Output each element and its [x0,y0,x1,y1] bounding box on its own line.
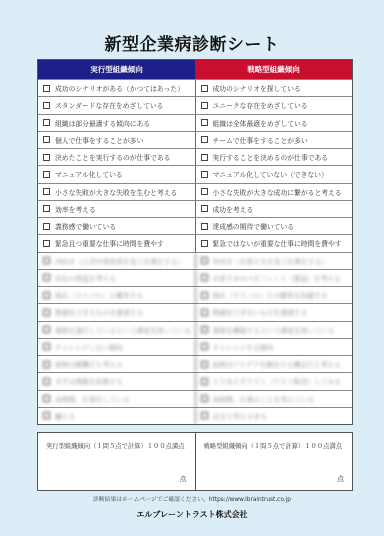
score-unit: 点 [337,474,344,484]
checklist-item-right[interactable]: 達成感の期待で働いている [196,218,353,234]
checkbox-icon[interactable] [201,102,208,109]
checklist-item-left[interactable]: まずは情報を収集する [38,373,196,389]
checklist-item-right[interactable]: チャレンジする傾向 [196,339,353,355]
checklist-item-right[interactable]: マニュアル化していない（できない） [196,166,353,182]
checklist-item-right[interactable]: 実行することを決めるのが仕事である [196,149,353,165]
checkbox-icon[interactable] [43,102,50,109]
checklist-item-label: お客さまのベネフィット（便益）を考える [213,273,342,283]
checkbox-icon[interactable] [43,274,50,281]
score-execution-label: 実行型組織傾向（１問５点で計算）１００点満点 [46,441,185,450]
checklist-item-left[interactable]: 効率を考える [38,201,196,217]
checklist-item-left[interactable]: 数値化できるものを重視する [38,304,196,320]
table-header: 実行型組織傾向 戦略型組織傾向 [38,60,352,79]
checklist-item-left[interactable]: 決めたことを実行するのが仕事である [38,149,196,165]
checkbox-icon[interactable] [201,188,208,195]
checklist-item-right[interactable]: 長時間、仕事のことを考えている [196,391,353,407]
checkbox-icon[interactable] [43,343,50,350]
table-row: 他社（ライバル）と競争する他社（ライバル）との競争を回避する [38,286,352,303]
checklist-item-right[interactable]: 他社（ライバル）との競争を回避する [196,287,353,303]
checklist-item-right[interactable]: 前例はアイデアを創出する機会だと考える [196,356,353,372]
checkbox-icon[interactable] [201,274,208,281]
checklist-item-label: マニュアル化していない（できない） [213,169,328,179]
checklist-item-label: 業務を遂行しているという感覚を持っている [55,325,191,335]
checkbox-icon[interactable] [43,378,50,385]
score-strategy-label: 戦略型組織傾向（１問５点で計算）１００点満点 [204,441,343,450]
checklist-item-left[interactable]: 長時間、仕事をしている [38,391,196,407]
checkbox-icon[interactable] [201,223,208,230]
checkbox-icon[interactable] [201,326,208,333]
checklist-item-right[interactable]: ユニークな存在をめざしている [196,97,353,113]
checkbox-icon[interactable] [43,171,50,178]
table-row: 前例の踏襲だと考える前例はアイデアを創出する機会だと考える [38,355,352,372]
table-row: 長時間、仕事をしている長時間、仕事のことを考えている [38,390,352,407]
checklist-item-label: 成功のシナリオを探している [213,83,301,93]
table-row: マニュアル化しているマニュアル化していない（できない） [38,165,352,182]
score-execution[interactable]: 実行型組織傾向（１問５点で計算）１００点満点 点 [38,433,196,490]
header-execution-type: 実行型組織傾向 [38,60,195,79]
table-row: 小さな失敗が大きな失敗を生むと考える小さな失敗が大きな成功に繋がると考える [38,183,352,200]
checklist-item-label: 前例はアイデアを創出する機会だと考える [213,359,342,369]
score-unit: 点 [180,474,187,484]
diagnosis-table: 実行型組織傾向 戦略型組織傾向 成功のシナリオがある（かつてはあった）成功のシナ… [37,59,353,425]
checkbox-icon[interactable] [201,154,208,161]
checklist-item-left[interactable]: 他社（ライバル）と競争する [38,287,196,303]
table-row: 効率を考える成功を考える [38,200,352,217]
checklist-item-label: 外向き（お客さまを見て仕事をする） [213,256,329,266]
checklist-item-label: 成功のシナリオがある（かつてはあった） [55,83,184,93]
checkbox-icon[interactable] [43,119,50,126]
checkbox-icon[interactable] [201,309,208,316]
checklist-item-label: 小さな失敗が大きな失敗を生むと考える [55,187,177,197]
header-strategy-type: 戦略型組織傾向 [195,60,352,79]
checklist-item-label: 数値化できないものを重視する [213,307,308,317]
checklist-item-label: 義務感で働いている [55,221,116,231]
checklist-item-left[interactable]: 組織は部分最適する傾向にある [38,115,196,131]
checkbox-icon[interactable] [201,343,208,350]
table-row: 自社の利益を考えるお客さまのベネフィット（便益）を考える [38,269,352,286]
checklist-item-right[interactable]: 外向き（お客さまを見て仕事をする） [196,253,353,269]
checklist-item-label: スタンダードな存在をめざしている [55,100,163,110]
checklist-item-label: ユニークな存在をめざしている [213,100,308,110]
checklist-item-left[interactable]: マニュアル化している [38,166,196,182]
table-row: 義務感で働いている達成感の期待で働いている [38,217,352,234]
table-row: 成功のシナリオがある（かつてはあった）成功のシナリオを探している [38,79,352,96]
checklist-item-left[interactable]: 小さな失敗が大きな失敗を生むと考える [38,184,196,200]
checklist-item-label: チャレンジしない傾向 [55,342,122,352]
table-row: 組織は部分最適する傾向にある組織は全体最適をめざしている [38,114,352,131]
checkbox-icon[interactable] [43,395,50,402]
checklist-item-left[interactable]: 義務感で働いている [38,218,196,234]
checklist-item-label: 自分で考えさせる [213,411,267,421]
checklist-item-label: 組織は全体最適をめざしている [213,118,308,128]
checklist-item-right[interactable]: 組織は全体最適をめざしている [196,115,353,131]
checklist-item-right[interactable]: とりあえずテスト（テスト販売）してみる [196,373,353,389]
checkbox-icon[interactable] [201,205,208,212]
checklist-item-left[interactable]: 働える [38,408,196,424]
table-row: スタンダードな存在をめざしているユニークな存在をめざしている [38,96,352,113]
table-row: まずは情報を収集するとりあえずテスト（テスト販売）してみる [38,372,352,389]
checklist-item-left[interactable]: チャレンジしない傾向 [38,339,196,355]
checklist-item-label: 組織は部分最適する傾向にある [55,118,150,128]
checkbox-icon[interactable] [201,119,208,126]
checklist-item-label: 小さな失敗が大きな成功に繋がると考える [213,187,342,197]
checkbox-icon[interactable] [201,240,208,247]
table-row: 内向き（上司や経営者を見て仕事をする）外向き（お客さまを見て仕事をする） [38,252,352,269]
checkbox-icon[interactable] [43,412,50,419]
table-row: 個人で仕事をすることが多いチームで仕事をすることが多い [38,131,352,148]
checklist-item-label: まずは情報を収集する [55,376,123,386]
checkbox-icon[interactable] [43,309,50,316]
checklist-item-label: 働える [55,411,75,421]
table-row: 数値化できるものを重視する数値化できないものを重視する [38,303,352,320]
checkbox-icon[interactable] [201,412,208,419]
checkbox-icon[interactable] [43,292,50,299]
checklist-item-right[interactable]: 成功を考える [196,201,353,217]
checklist-item-label: 達成感の期待で働いている [213,221,295,231]
table-row: チャレンジしない傾向チャレンジする傾向 [38,338,352,355]
checklist-item-label: 個人で仕事をすることが多い [55,135,143,145]
checkbox-icon[interactable] [43,188,50,195]
checklist-item-label: 緊急ではないが重要な仕事に時間を費やす [213,238,342,248]
footer-note: 診断結果はホームページでご確認ください。https://www.lbraintr… [0,494,384,503]
checkbox-icon[interactable] [201,361,208,368]
checklist-item-label: 自社の利益を考える [55,273,116,283]
checklist-item-label: 長時間、仕事をしている [55,394,130,404]
checkbox-icon[interactable] [201,395,208,402]
checklist-item-label: チャレンジする傾向 [213,342,274,352]
checklist-item-label: 数値化できるものを重視する [55,307,143,317]
checklist-item-left[interactable]: 成功のシナリオがある（かつてはあった） [38,80,196,96]
checklist-item-right[interactable]: 小さな失敗が大きな成功に繋がると考える [196,184,353,200]
checklist-item-left[interactable]: 自社の利益を考える [38,270,196,286]
checkbox-icon[interactable] [43,223,50,230]
checklist-item-left[interactable]: 前例の踏襲だと考える [38,356,196,372]
checkbox-icon[interactable] [201,171,208,178]
checkbox-icon[interactable] [201,257,208,264]
checklist-item-right[interactable]: チームで仕事をすることが多い [196,132,353,148]
checkbox-icon[interactable] [201,378,208,385]
score-box: 実行型組織傾向（１問５点で計算）１００点満点 点 戦略型組織傾向（１問５点で計算… [37,432,353,491]
checklist-item-right[interactable]: お客さまのベネフィット（便益）を考える [196,270,353,286]
checklist-item-right[interactable]: 成功のシナリオを探している [196,80,353,96]
checklist-item-label: 成功を考える [213,204,254,214]
checklist-item-right[interactable]: 緊急ではないが重要な仕事に時間を費やす [196,235,353,251]
checklist-item-label: 決めたことを実行するのが仕事である [55,152,171,162]
checklist-item-right[interactable]: 数値化できないものを重視する [196,304,353,320]
checklist-item-left[interactable]: 緊急且つ重要な仕事に時間を費やす [38,235,196,251]
checkbox-icon[interactable] [43,154,50,161]
table-row: 働える自分で考えさせる [38,407,352,424]
checklist-item-right[interactable]: 自分で考えさせる [196,408,353,424]
checklist-item-left[interactable]: スタンダードな存在をめざしている [38,97,196,113]
company-name: エルブレーントラスト株式会社 [0,509,384,520]
checkbox-icon[interactable] [43,205,50,212]
checklist-item-label: 効率を考える [55,204,96,214]
checkbox-icon[interactable] [43,85,50,92]
checklist-item-right[interactable]: 業務を構築するという感覚を持っている [196,322,353,338]
table-row: 決めたことを実行するのが仕事である実行することを決めるのが仕事である [38,148,352,165]
checklist-item-left[interactable]: 内向き（上司や経営者を見て仕事をする） [38,253,196,269]
checkbox-icon[interactable] [43,240,50,247]
checkbox-icon[interactable] [43,361,50,368]
checklist-item-label: マニュアル化している [55,169,123,179]
checklist-item-label: チームで仕事をすることが多い [213,135,308,145]
checkbox-icon[interactable] [201,292,208,299]
table-row: 業務を遂行しているという感覚を持っている業務を構築するという感覚を持っている [38,321,352,338]
checklist-item-label: 長時間、仕事のことを考えている [213,394,315,404]
page-title: 新型企業病診断シート [0,30,384,55]
checklist-item-label: 他社（ライバル）との競争を回避する [213,290,328,300]
checkbox-icon[interactable] [43,257,50,264]
checklist-item-label: 他社（ライバル）と競争する [55,290,143,300]
checklist-item-label: 業務を構築するという感覚を持っている [213,325,335,335]
checklist-item-label: とりあえずテスト（テスト販売）してみる [213,376,342,386]
checkbox-icon[interactable] [201,136,208,143]
table-row: 緊急且つ重要な仕事に時間を費やす緊急ではないが重要な仕事に時間を費やす [38,234,352,251]
checklist-item-left[interactable]: 個人で仕事をすることが多い [38,132,196,148]
checklist-item-label: 緊急且つ重要な仕事に時間を費やす [55,238,164,248]
checkbox-icon[interactable] [43,136,50,143]
checkbox-icon[interactable] [43,326,50,333]
checkbox-icon[interactable] [201,85,208,92]
score-strategy[interactable]: 戦略型組織傾向（１問５点で計算）１００点満点 点 [196,433,353,490]
checklist-item-label: 前例の踏襲だと考える [55,359,123,369]
checklist-item-label: 内向き（上司や経営者を見て仕事をする） [55,256,184,266]
checklist-item-label: 実行することを決めるのが仕事である [213,152,329,162]
checklist-item-left[interactable]: 業務を遂行しているという感覚を持っている [38,322,196,338]
